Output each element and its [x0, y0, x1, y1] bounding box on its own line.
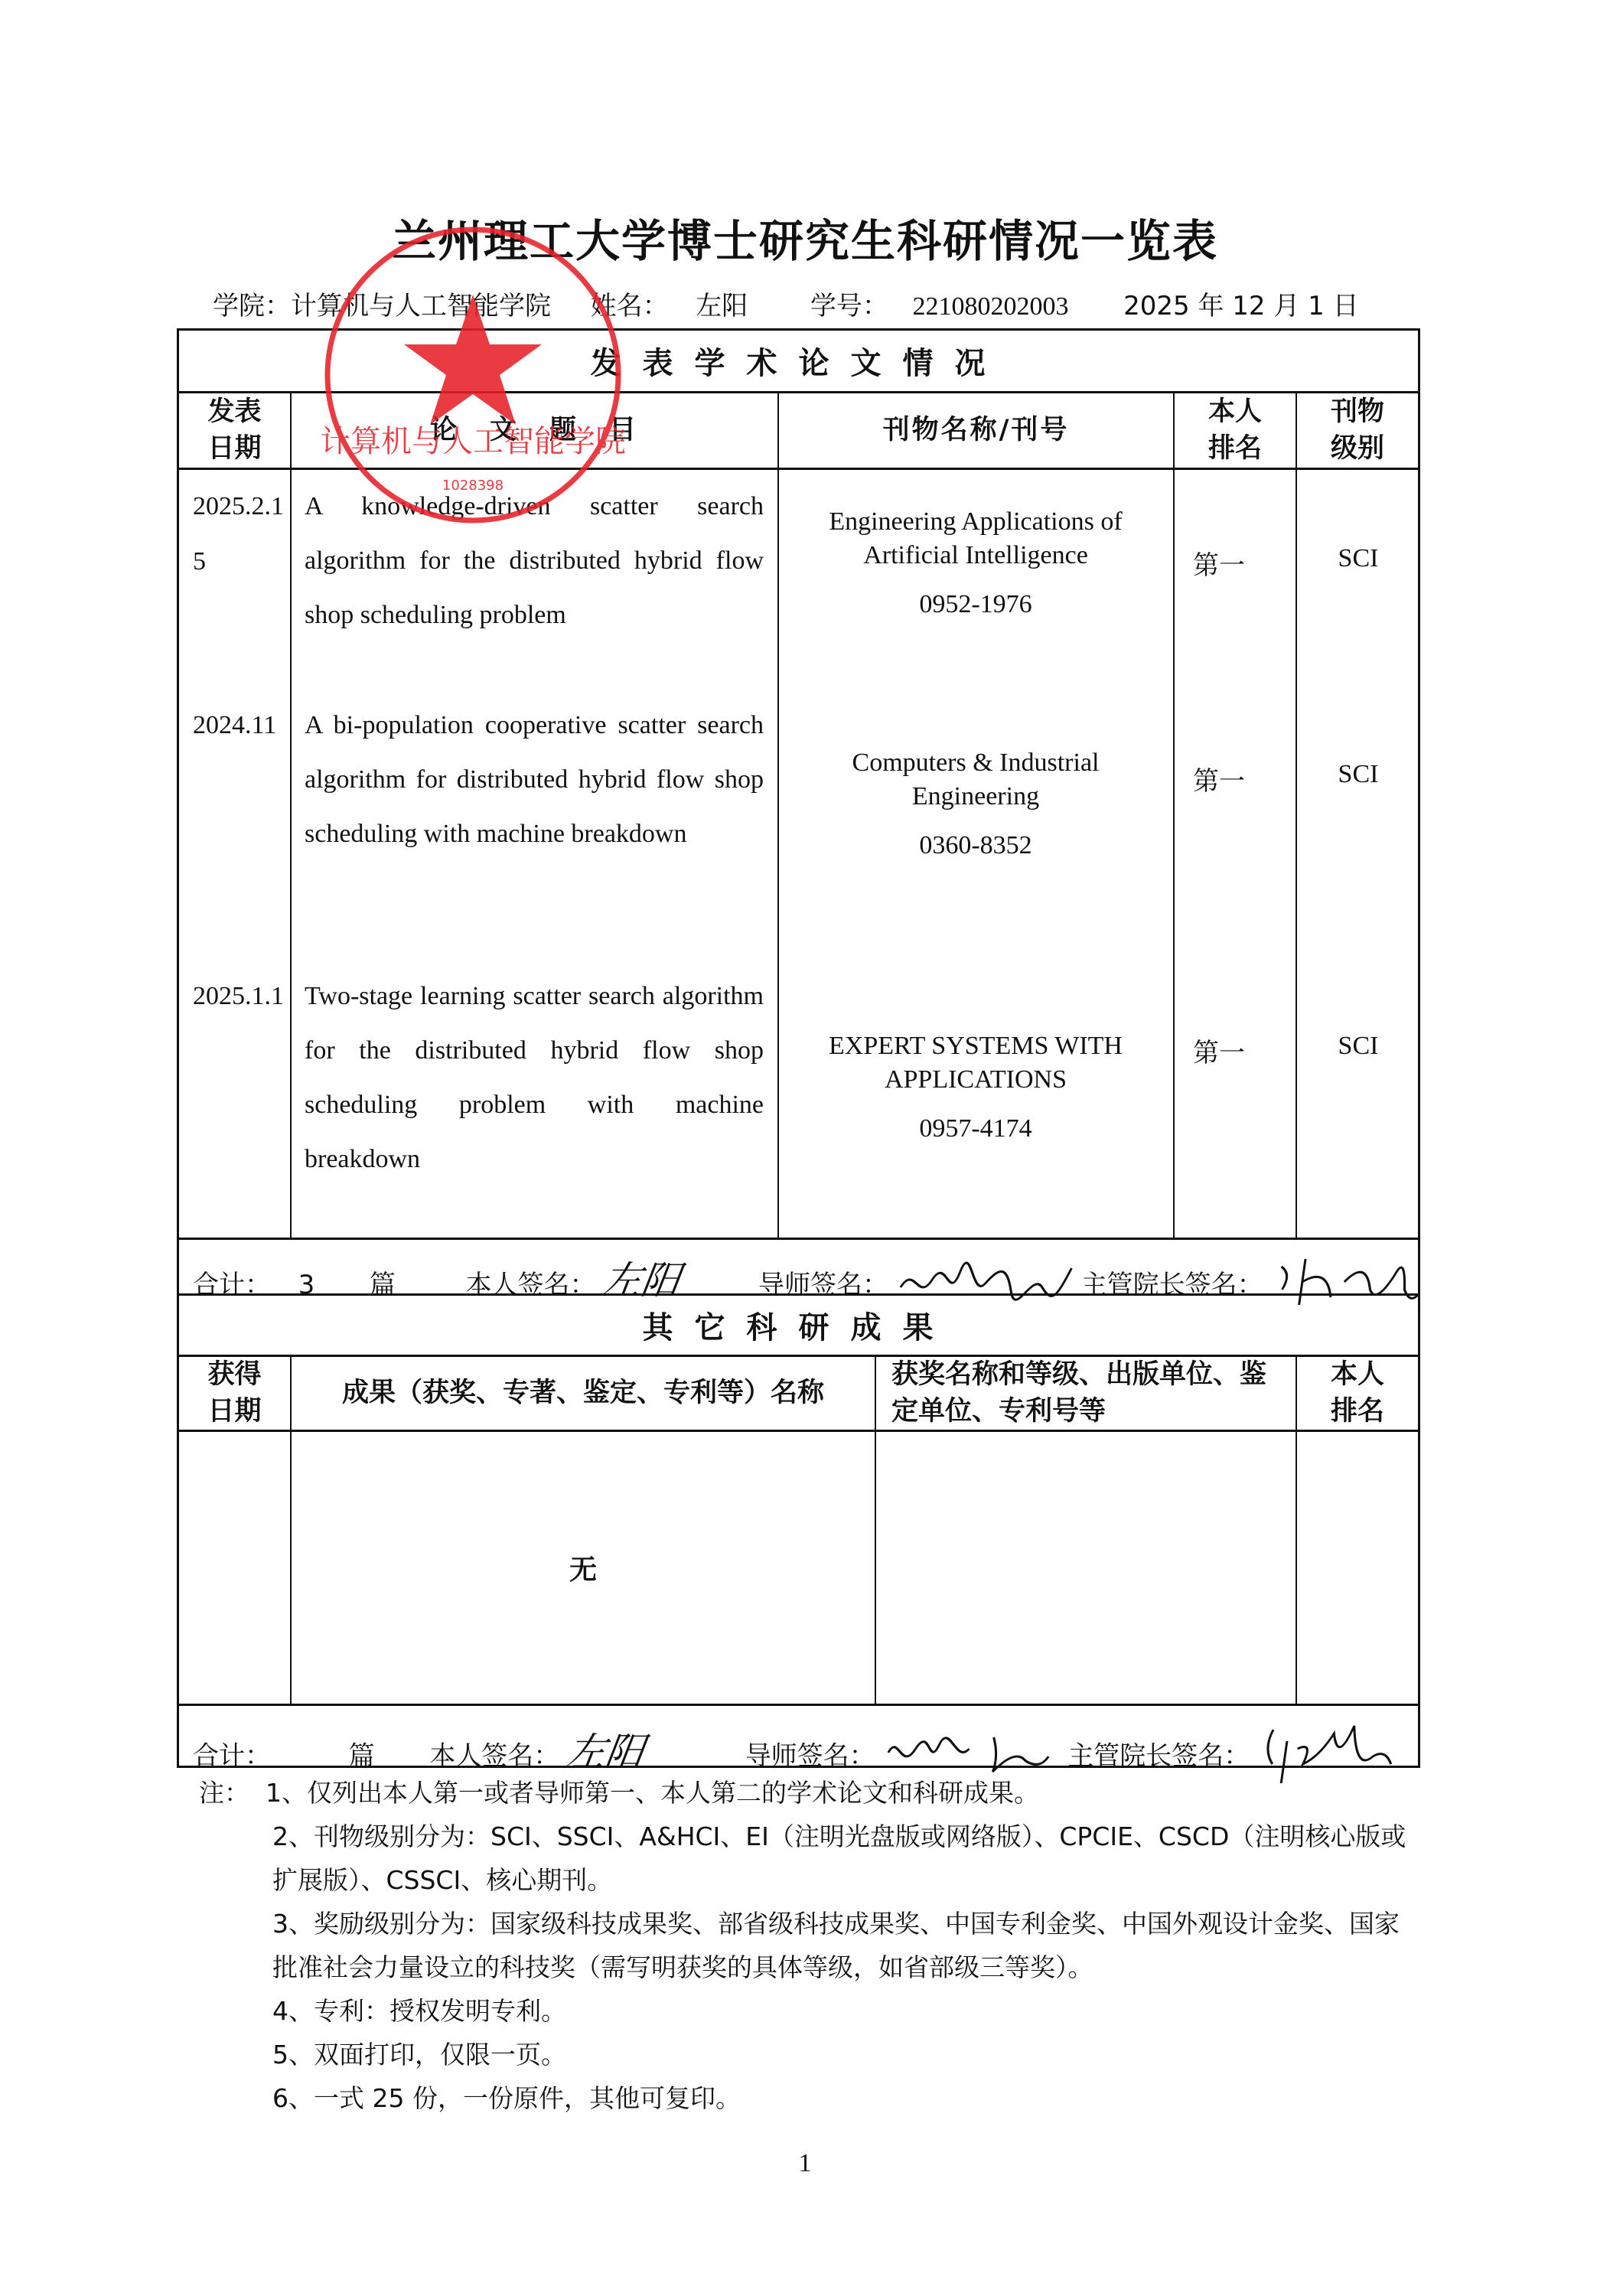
name-value: 左阳	[696, 291, 748, 321]
paper-rank: 第一	[1182, 760, 1300, 797]
other-header-rank: 本人排名	[1297, 1357, 1418, 1430]
journal-issn: 0952-1976	[788, 588, 1163, 621]
header-rank: 本人排名	[1175, 393, 1295, 468]
name-label: 姓名：	[591, 291, 669, 321]
paper-date: 2024.11	[193, 698, 285, 753]
other-content: 无	[292, 1432, 875, 1704]
advisor-sign-label: 导师签名：	[745, 1741, 875, 1772]
divider	[777, 392, 779, 1238]
other-header-date-label: 获得日期	[204, 1357, 266, 1430]
divider	[1295, 392, 1297, 1238]
journal-issn: 0360-8352	[788, 829, 1163, 863]
header-rank-label: 本人排名	[1204, 394, 1266, 467]
note-text: 2、刊物级别分为：SCI、SSCI、A&HCI、EI（注明光盘版或网络版）、CP…	[272, 1821, 1406, 1895]
paper-level: SCI	[1301, 1032, 1416, 1061]
table-border-right	[1418, 329, 1420, 1768]
paper-title: A knowledge-driven scatter search algori…	[305, 479, 764, 642]
paper-level: SCI	[1301, 760, 1416, 789]
divider	[177, 1704, 1420, 1706]
paper-journal: Computers & Industrial Engineering 0360-…	[788, 746, 1163, 863]
note-item: 4、专利：授权发明专利。	[199, 1989, 1423, 2033]
journal-name: Engineering Applications of Artificial I…	[829, 507, 1122, 569]
note-item: 注： 1、仅列出本人第一或者导师第一、本人第二的学术论文和科研成果。	[199, 1771, 1423, 1815]
paper-date: 2025.1.1	[193, 969, 285, 1024]
header-title: 论 文 题 目	[292, 393, 777, 468]
page-number: 1	[0, 2149, 1610, 2178]
document-title: 兰州理工大学博士研究生科研情况一览表	[0, 205, 1610, 269]
paper-rank: 第一	[1182, 1032, 1300, 1069]
other-header-date: 获得日期	[179, 1357, 290, 1430]
document-meta: 学院：计算机与人工智能学院 姓名： 左阳 学号： 221080202003 20…	[213, 285, 1359, 322]
paper-level: SCI	[1301, 544, 1416, 573]
journal-name: EXPERT SYSTEMS WITH APPLICATIONS	[829, 1032, 1123, 1094]
other-header-name: 成果（获奖、专著、鉴定、专利等）名称	[292, 1357, 875, 1430]
paper-date: 2025.2.15	[193, 479, 285, 589]
note-item: 5、双面打印，仅限一页。	[199, 2033, 1423, 2076]
table-border-left	[177, 329, 179, 1768]
paper-title: A bi-population cooperative scatter sear…	[305, 698, 764, 861]
header-journal: 刊物名称/刊号	[779, 393, 1173, 468]
note-item: 3、奖励级别分为：国家级科技成果奖、部省级科技成果奖、中国专利金奖、中国外观设计…	[199, 1902, 1423, 1989]
college-label: 学院：	[213, 291, 291, 321]
paper-title: Two-stage learning scatter search algori…	[305, 969, 764, 1186]
paper-journal: Engineering Applications of Artificial I…	[788, 505, 1163, 621]
total-label: 合计：	[193, 1741, 271, 1772]
other-header-detail-label: 获奖名称和等级、出版单位、鉴定单位、专利号等	[891, 1357, 1274, 1430]
note-item: 2、刊物级别分为：SCI、SSCI、A&HCI、EI（注明光盘版或网络版）、CP…	[199, 1815, 1423, 1902]
self-sign-label: 本人签名：	[429, 1741, 559, 1772]
header-date-label: 发表日期	[204, 394, 266, 467]
other-header-rank-label: 本人排名	[1327, 1357, 1388, 1430]
note-text: 5、双面打印，仅限一页。	[272, 2040, 566, 2069]
dean-sign-label: 主管院长签名：	[1067, 1741, 1250, 1772]
divider	[1173, 392, 1175, 1238]
divider	[177, 1238, 1420, 1240]
divider	[290, 392, 292, 1238]
notes-prefix: 注：	[199, 1778, 249, 1808]
other-header-detail: 获奖名称和等级、出版单位、鉴定单位、专利号等	[876, 1357, 1295, 1430]
paper-journal: EXPERT SYSTEMS WITH APPLICATIONS 0957-41…	[788, 1029, 1163, 1146]
divider	[177, 468, 1420, 470]
header-level-label: 刊物级别	[1327, 394, 1388, 467]
student-id-label: 学号：	[810, 291, 888, 321]
college-value: 计算机与人工智能学院	[291, 291, 551, 321]
header-level: 刊物级别	[1297, 393, 1418, 468]
note-text: 6、一式 25 份，一份原件，其他可复印。	[272, 2083, 741, 2113]
note-item: 6、一式 25 份，一份原件，其他可复印。	[199, 2076, 1423, 2120]
note-text: 4、专利：授权发明专利。	[272, 1996, 566, 2026]
paper-rank: 第一	[1182, 544, 1300, 582]
note-text: 1、仅列出本人第一或者导师第一、本人第二的学术论文和科研成果。	[266, 1778, 1039, 1808]
header-date: 发表日期	[179, 393, 290, 468]
journal-name: Computers & Industrial Engineering	[852, 748, 1100, 810]
note-text: 3、奖励级别分为：国家级科技成果奖、部省级科技成果奖、中国专利金奖、中国外观设计…	[272, 1909, 1400, 1982]
document-date: 2025 年 12 月 1 日	[1123, 291, 1358, 321]
student-id-value: 221080202003	[913, 292, 1069, 321]
self-signature: 左阳	[564, 1721, 686, 1776]
total-unit: 篇	[349, 1741, 375, 1772]
notes: 注： 1、仅列出本人第一或者导师第一、本人第二的学术论文和科研成果。 2、刊物级…	[199, 1771, 1423, 2120]
other-section-title: 其它科研成果	[179, 1296, 1418, 1355]
journal-issn: 0957-4174	[788, 1112, 1163, 1146]
papers-section-title: 发表学术论文情况	[179, 331, 1418, 391]
